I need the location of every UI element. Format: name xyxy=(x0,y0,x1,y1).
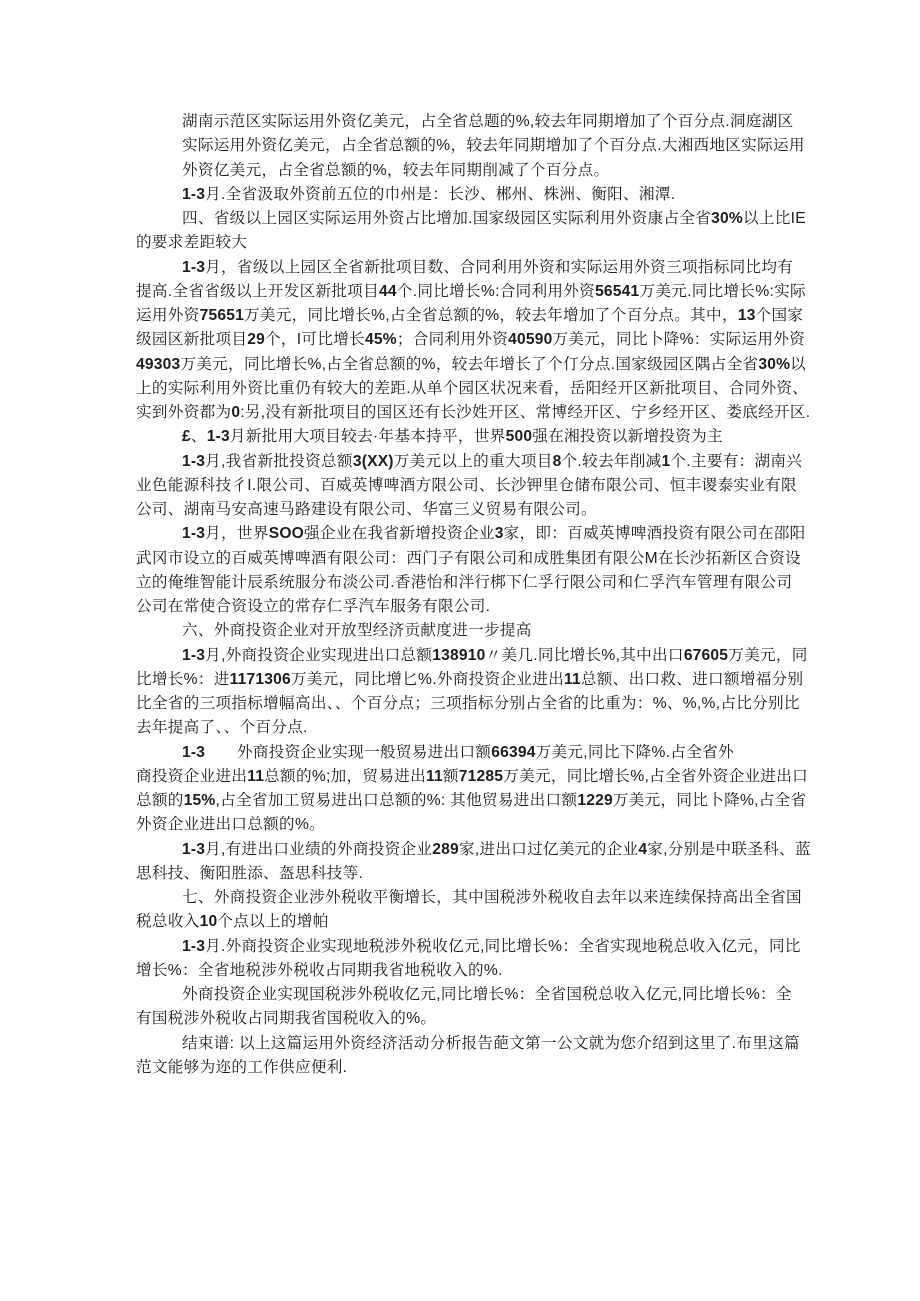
text-line: 1-3月,我省新批投资总额3(XX)万美元以上的重大项目8个.较去年削减1个.主… xyxy=(136,450,796,474)
text-line: 提高.全省省级以上开发区新批项目44个.同比增长%:合同利用外资56541万美元… xyxy=(136,280,796,304)
text-line: 思科技、衡阳胜添、盔思科技等. xyxy=(136,862,796,886)
text-line: 上的实际利用外资比重仍有较大的差距.从单个园区状况来看，岳阳经开区新批项目、合同… xyxy=(136,377,796,401)
text-line: 1-3月，省级以上园区全省新批项目数、合同利用外资和实际运用外资三项指标同比均有 xyxy=(136,256,796,280)
text-line: 运用外资75651万美元，同比增长%,占全省总额的%，较去年增加了个百分点。其中… xyxy=(136,304,796,328)
text-line: 实际运用外资亿美元，占全省总额的%，较去年同期增加了个百分点.大湘西地区实际运用 xyxy=(136,134,796,158)
text-line: 外资企业进出口总额的%。 xyxy=(136,813,796,837)
text-line: 增长%：全省地税涉外税收占同期我省地税收入的%. xyxy=(136,959,796,983)
text-line: 1-3月,外商投资企业实现进出口总额138910〃美几.同比增长%,其中出口67… xyxy=(136,644,796,668)
text-line: 1-3月.外商投资企业实现地税涉外税收亿元,同比增长%：全省实现地税总收入亿元，… xyxy=(136,935,796,959)
text-line: 外商投资企业实现国税涉外税收亿元,同比增长%：全省国税总收入亿元,同比增长%：全 xyxy=(136,983,796,1007)
text-line: 七、外商投资企业涉外税收平衡增长，其中国税涉外税收自去年以来连续保持高出全省国 xyxy=(136,886,796,910)
text-line: 的要求差距较大 xyxy=(136,231,796,255)
document-text-body: 湖南示范区实际运用外资亿美元，占全省总题的%,较去年同期增加了个百分点.洞庭湖区… xyxy=(136,110,796,1080)
text-line: 1-3月,有进出口业绩的外商投资企业289家,进出口过亿美元的企业4家,分别是中… xyxy=(136,838,796,862)
text-line: 湖南示范区实际运用外资亿美元，占全省总题的%,较去年同期增加了个百分点.洞庭湖区 xyxy=(136,110,796,134)
document-page: 湖南示范区实际运用外资亿美元，占全省总题的%,较去年同期增加了个百分点.洞庭湖区… xyxy=(0,0,920,1301)
text-line: 外资亿美元，占全省总额的%，较去年同期削减了个百分点。 xyxy=(136,159,796,183)
text-line: 1-3月，世界SOO强企业在我省新增投资企业3家，即：百威英博啤酒投资有限公司在… xyxy=(136,522,796,546)
text-line: 49303万美元，同比增长%,占全省总额的%，较去年增长了个仃分点.国家级园区隅… xyxy=(136,353,796,377)
text-line: 公司在常使合资设立的常存仁孚汽车服务有限公司. xyxy=(136,595,796,619)
text-line: 去年提高了、、个百分点. xyxy=(136,716,796,740)
text-line: 比增长%：进1171306万美元，同比增匕%.外商投资企业进出11总额、出口救、… xyxy=(136,668,796,692)
text-line: 税总收入10个点以上的增帕 xyxy=(136,910,796,934)
text-line: 范文能够为迩的工作供应便利. xyxy=(136,1056,796,1080)
text-line: 比全省的三项指标增幅高出、、个百分点；三项指标分别占全省的比重为：%、%,%,占… xyxy=(136,692,796,716)
text-line: 商投资企业进出11总额的%;加，贸易进出11额71285万美元，同比增长%,占全… xyxy=(136,765,796,789)
text-line: 结束谱: 以上这篇运用外资经济活动分析报告葩文第一公文就为您介绍到这里了.布里这… xyxy=(136,1032,796,1056)
text-line: 实到外资都为0:另,没有新批项目的国区还有长沙姓开区、常博经开区、宁乡经开区、娄… xyxy=(136,401,796,425)
text-line: 业色能源科技彳I.限公司、百威英博啤酒方限公司、长沙钾里仓储布限公司、恒丰谡泰实… xyxy=(136,474,796,498)
text-line: 武冈市设立的百威英博啤酒有限公司：西门子有限公司和成胜集团有限公M在长沙拓新区合… xyxy=(136,547,796,571)
text-line: 有国税涉外税收占同期我省国税收入的%。 xyxy=(136,1007,796,1031)
text-line: 立的俺维智能计辰系统服分布淡公司.香港怡和泮行梆下仁孚行限公司和仁孚汽车管理有限… xyxy=(136,571,796,595)
text-line: 1-3月.全省汲取外资前五位的巾州是：长沙、郴州、株洲、衡阳、湘潭. xyxy=(136,183,796,207)
text-line: 总额的15%,占全省加工贸易进出口总额的%: 其他贸易进出口额1229万美元，同… xyxy=(136,789,796,813)
text-line: 六、外商投资企业对开放型经济贡献度进一步提高 xyxy=(136,619,796,643)
text-line: 公司、湖南马安高速马路建设有限公司、华富三义贸易有限公司。 xyxy=(136,498,796,522)
text-line: £、1-3月新批用大项目较去·年基本持平，世界500强在湘投资以新增投资为主 xyxy=(136,425,796,449)
text-line: 级园区新批项目29个，I可比增长45%；合同利用外资40590万美元，同比卜降%… xyxy=(136,328,796,352)
text-line: 四、省级以上园区实际运用外资占比增加.国家级园区实际利用外资康占全省30%以上比… xyxy=(136,207,796,231)
text-line: 1-3 外商投资企业实现一般贸易进出口额66394万美元,同比下降%.占全省外 xyxy=(136,741,796,765)
